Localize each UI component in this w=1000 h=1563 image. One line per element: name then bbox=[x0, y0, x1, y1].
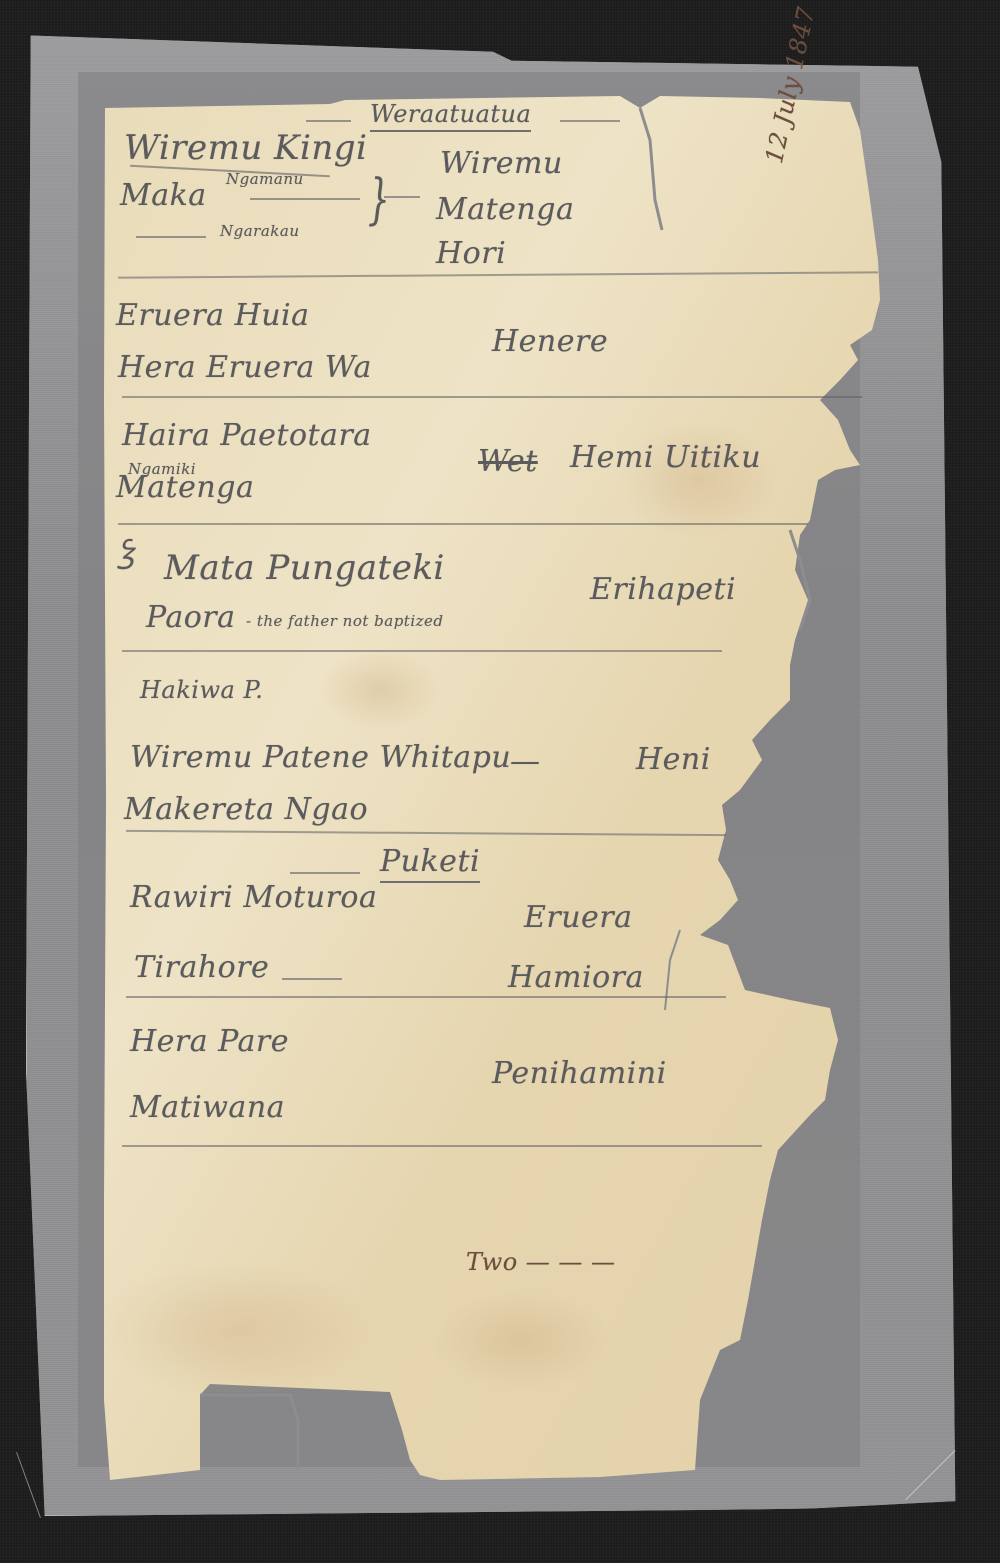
ruled-line bbox=[122, 1145, 762, 1147]
child-name: Penihamini bbox=[492, 1056, 667, 1091]
ruled-line bbox=[118, 523, 808, 525]
child-name: Erihapeti bbox=[590, 572, 736, 607]
dash bbox=[282, 978, 342, 980]
entry-name: Rawiri Moturoa bbox=[130, 880, 377, 915]
entry-name: Makereta Ngao bbox=[124, 792, 368, 827]
child-name: Hori bbox=[436, 236, 506, 271]
section-heading-weraatuatua: Weraatuatua bbox=[370, 100, 531, 132]
ruled-line bbox=[126, 996, 726, 998]
entry-note: - the father not baptized bbox=[246, 612, 444, 630]
entry-name: Matenga bbox=[116, 470, 254, 505]
entry-name: Matiwana bbox=[130, 1090, 285, 1125]
dash: — bbox=[510, 744, 541, 779]
heading-dash bbox=[290, 872, 360, 874]
entry-name: Haira Paetotara bbox=[122, 418, 372, 453]
brace: } bbox=[368, 168, 390, 232]
child-name: Hamiora bbox=[508, 960, 644, 995]
entry-name: Hera Pare bbox=[130, 1024, 289, 1059]
dash bbox=[384, 196, 420, 198]
ruled-line bbox=[122, 650, 722, 652]
entry-name: Eruera Huia bbox=[116, 298, 310, 333]
entry-name: Wiremu Patene Whitapu bbox=[130, 740, 511, 775]
entry-name: Mata Pungateki bbox=[164, 548, 445, 588]
child-name: Matenga bbox=[436, 192, 574, 227]
heading-dash bbox=[560, 120, 620, 122]
dash bbox=[136, 236, 206, 238]
entry-name: Wiremu Kingi bbox=[124, 128, 367, 168]
entry-name: Hera Eruera Wa bbox=[118, 350, 372, 385]
underline-dash bbox=[250, 198, 360, 200]
cross-mark-icon: Ꝣ bbox=[118, 530, 135, 571]
section-heading-puketi: Puketi bbox=[380, 844, 480, 883]
child-name: Henere bbox=[492, 324, 608, 359]
child-name: Hemi Uitiku bbox=[570, 440, 761, 475]
entry-name-annotation: Ngarakau bbox=[220, 222, 299, 240]
entry-name: Maka bbox=[120, 178, 207, 213]
entry-name: Tirahore bbox=[134, 950, 269, 985]
entry-name: Paora bbox=[146, 600, 236, 635]
struck-text: Wet bbox=[478, 444, 538, 479]
tape-crease bbox=[16, 1452, 41, 1518]
ruled-line bbox=[122, 396, 862, 398]
signature: Two — — — bbox=[466, 1248, 616, 1276]
child-name: Heni bbox=[636, 742, 711, 777]
child-name: Eruera bbox=[524, 900, 633, 935]
child-name: Wiremu bbox=[440, 146, 563, 181]
entry-name: Hakiwa P. bbox=[140, 676, 263, 704]
heading-dash bbox=[306, 120, 351, 122]
